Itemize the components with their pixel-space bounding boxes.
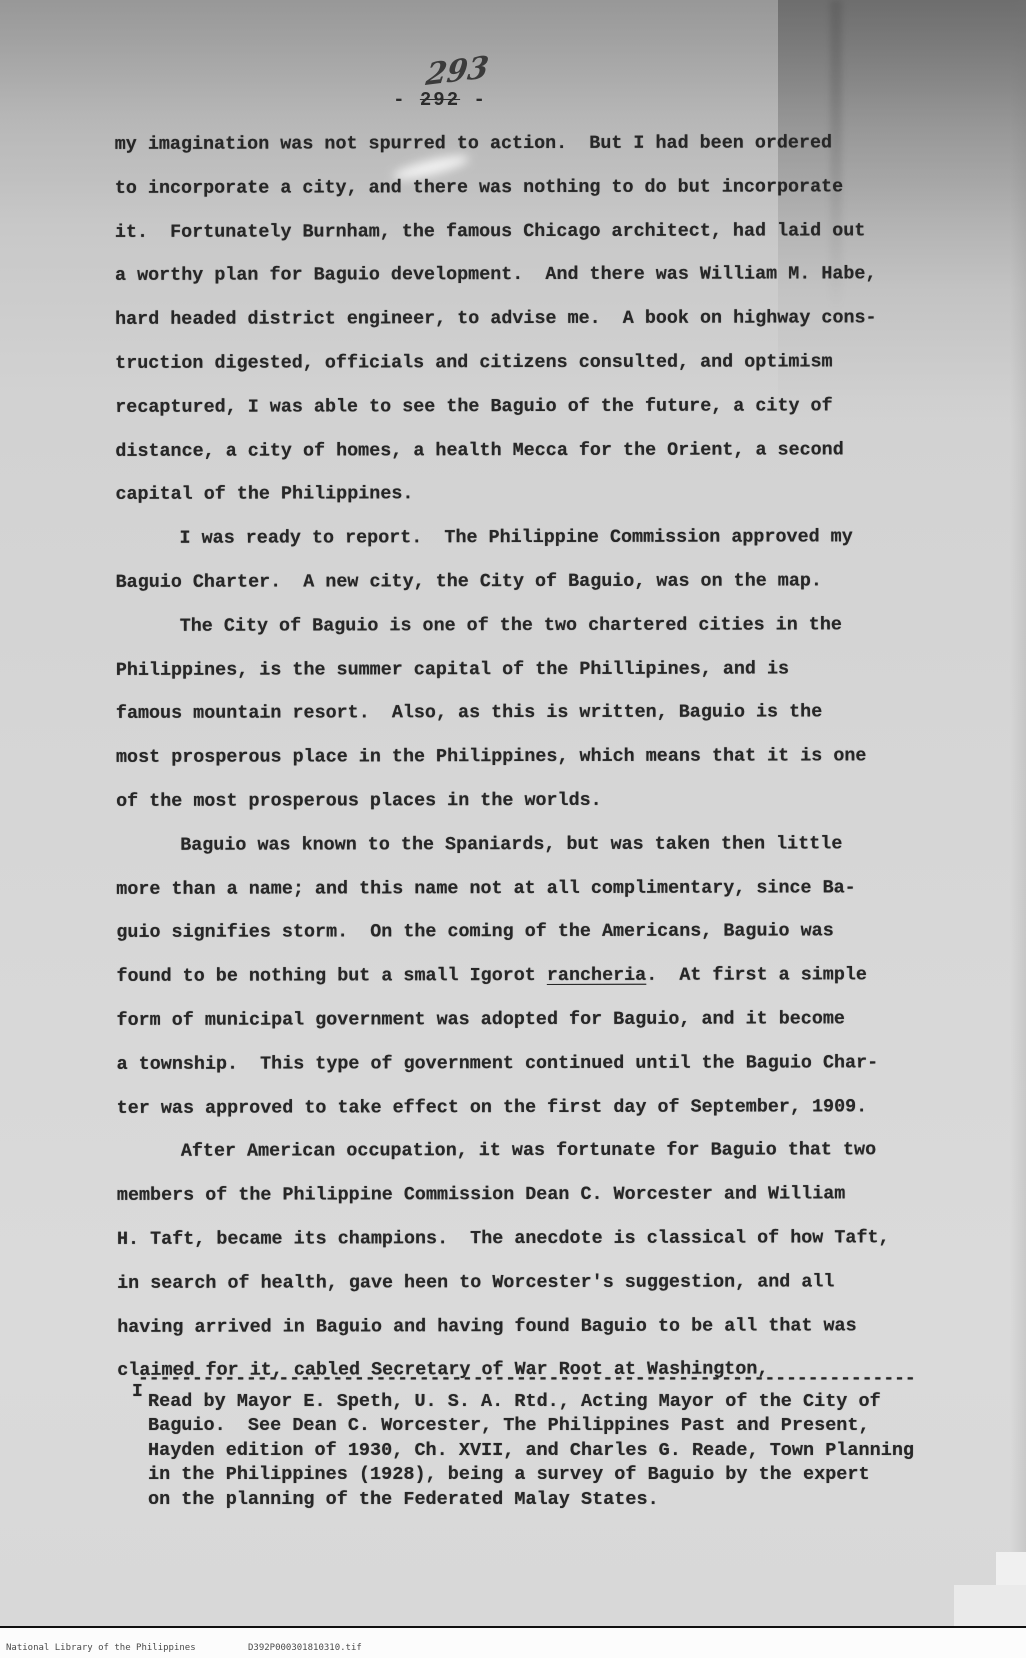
file-name: D392P000301810310.tif (248, 1643, 362, 1653)
scan-white-patch (996, 1552, 1026, 1626)
body-line: to incorporate a city, and there was not… (115, 165, 955, 211)
footnote-line: Hayden edition of 1930, Ch. XVII, and Ch… (148, 1439, 948, 1463)
body-line: Baguio was known to the Spaniards, but w… (116, 822, 956, 868)
body-line: more than a name; and this name not at a… (116, 866, 956, 912)
body-line: a worthy plan for Baguio development. An… (115, 253, 955, 299)
body-line: most prosperous place in the Philippines… (116, 734, 956, 780)
body-line: guio signifies storm. On the coming of t… (116, 909, 956, 955)
footnote-line: Read by Mayor E. Speth, U. S. A. Rtd., A… (148, 1390, 948, 1414)
body-line: members of the Philippine Commission Dea… (117, 1172, 957, 1218)
body-line: form of municipal government was adopted… (117, 997, 957, 1043)
body-line: hard headed district engineer, to advise… (115, 296, 955, 342)
body-line: truction digested, officials and citizen… (115, 340, 955, 386)
body-line: a township. This type of government cont… (117, 1041, 957, 1087)
typed-page-number-suffix: - (460, 89, 487, 111)
scan-edge-shading (1010, 0, 1026, 1626)
body-line: I was ready to report. The Philippine Co… (115, 515, 955, 561)
footnote-line: in the Philippines (1928), being a surve… (148, 1463, 948, 1487)
body-line: capital of the Philippines. (115, 471, 955, 517)
typed-page-number: - 292 - (0, 89, 880, 111)
scanner-footer: National Library of the Philippines D392… (0, 1628, 1026, 1658)
footnote-separator: ----------------------------------------… (138, 1369, 948, 1390)
body-line: having arrived in Baguio and having foun… (117, 1304, 957, 1350)
body-line: The City of Baguio is one of the two cha… (116, 603, 956, 649)
body-line: After American occupation, it was fortun… (117, 1128, 957, 1174)
body-line: of the most prosperous places in the wor… (116, 778, 956, 824)
scan-white-patch (954, 1585, 1026, 1626)
body-line: distance, a city of homes, a health Mecc… (115, 428, 955, 474)
body-line: H. Taft, became its champions. The anecd… (117, 1216, 957, 1262)
handwritten-page-number: 293 (424, 50, 491, 93)
page-header: 293 - 292 - (0, 54, 880, 111)
body-line: famous mountain resort. Also, as this is… (116, 690, 956, 736)
body-line: Philippines, is the summer capital of th… (116, 647, 956, 693)
typed-page-number-prefix: - (393, 89, 420, 111)
body-line: in search of health, gave heen to Worces… (117, 1260, 957, 1306)
body-line: Baguio Charter. A new city, the City of … (116, 559, 956, 605)
body-line: recaptured, I was able to see the Baguio… (115, 384, 955, 430)
body-line: my imagination was not spurred to action… (115, 121, 955, 167)
library-name: National Library of the Philippines (6, 1643, 196, 1653)
body-line: ter was approved to take effect on the f… (117, 1085, 957, 1131)
footnote-line: Baguio. See Dean C. Worcester, The Phili… (148, 1414, 948, 1438)
footnote-line: on the planning of the Federated Malay S… (148, 1488, 948, 1512)
footnote-lines: Read by Mayor E. Speth, U. S. A. Rtd., A… (138, 1390, 948, 1512)
footnote-marker: I (132, 1382, 143, 1402)
footnote-section: ----------------------------------------… (138, 1369, 948, 1512)
body-line: it. Fortunately Burnham, the famous Chic… (115, 209, 955, 255)
document-body: my imagination was not spurred to action… (115, 121, 958, 1393)
body-line: found to be nothing but a small Igorot r… (116, 953, 956, 999)
